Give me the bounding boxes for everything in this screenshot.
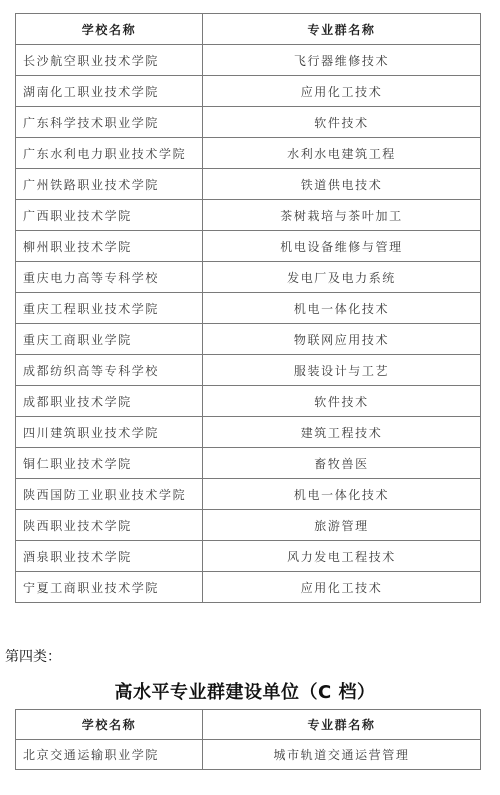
school-name-cell: 长沙航空职业技术学院 bbox=[16, 45, 203, 76]
group-name-cell: 茶树栽培与茶叶加工 bbox=[203, 200, 481, 231]
group-name-cell: 服装设计与工艺 bbox=[203, 355, 481, 386]
school-group-table: 学校名称 专业群名称 长沙航空职业技术学院飞行器维修技术 湖南化工职业技术学院应… bbox=[15, 13, 481, 603]
group-name-cell: 飞行器维修技术 bbox=[203, 45, 481, 76]
school-name-cell: 陕西国防工业职业技术学院 bbox=[16, 479, 203, 510]
table-row: 长沙航空职业技术学院飞行器维修技术 bbox=[16, 45, 481, 76]
table-row: 广东科学技术职业学院软件技术 bbox=[16, 107, 481, 138]
group-name-cell: 建筑工程技术 bbox=[203, 417, 481, 448]
table-row: 成都职业技术学院软件技术 bbox=[16, 386, 481, 417]
column-header-group: 专业群名称 bbox=[203, 14, 481, 45]
section-title: 高水平专业群建设单位（C 档） bbox=[0, 678, 490, 704]
table-row: 宁夏工商职业技术学院应用化工技术 bbox=[16, 572, 481, 603]
group-name-cell: 机电一体化技术 bbox=[203, 479, 481, 510]
school-name-cell: 四川建筑职业技术学院 bbox=[16, 417, 203, 448]
school-name-cell: 成都纺织高等专科学校 bbox=[16, 355, 203, 386]
table-row: 四川建筑职业技术学院建筑工程技术 bbox=[16, 417, 481, 448]
table-row: 北京交通运输职业学院城市轨道交通运营管理 bbox=[16, 740, 481, 770]
school-name-cell: 宁夏工商职业技术学院 bbox=[16, 572, 203, 603]
group-name-cell: 机电一体化技术 bbox=[203, 293, 481, 324]
group-name-cell: 铁道供电技术 bbox=[203, 169, 481, 200]
table-row: 广东水利电力职业技术学院水利水电建筑工程 bbox=[16, 138, 481, 169]
table-row: 陕西国防工业职业技术学院机电一体化技术 bbox=[16, 479, 481, 510]
group-name-cell: 软件技术 bbox=[203, 386, 481, 417]
column-header-school: 学校名称 bbox=[16, 14, 203, 45]
school-name-cell: 铜仁职业技术学院 bbox=[16, 448, 203, 479]
group-name-cell: 风力发电工程技术 bbox=[203, 541, 481, 572]
school-name-cell: 重庆工商职业学院 bbox=[16, 324, 203, 355]
group-name-cell: 应用化工技术 bbox=[203, 572, 481, 603]
school-name-cell: 广东水利电力职业技术学院 bbox=[16, 138, 203, 169]
school-name-cell: 柳州职业技术学院 bbox=[16, 231, 203, 262]
group-name-cell: 畜牧兽医 bbox=[203, 448, 481, 479]
category-label: 第四类： bbox=[5, 646, 61, 666]
school-name-cell: 广西职业技术学院 bbox=[16, 200, 203, 231]
table-header-row: 学校名称 专业群名称 bbox=[16, 710, 481, 740]
school-name-cell: 重庆工程职业技术学院 bbox=[16, 293, 203, 324]
table-row: 广州铁路职业技术学院铁道供电技术 bbox=[16, 169, 481, 200]
table-row: 广西职业技术学院茶树栽培与茶叶加工 bbox=[16, 200, 481, 231]
group-name-cell: 软件技术 bbox=[203, 107, 481, 138]
school-name-cell: 北京交通运输职业学院 bbox=[16, 740, 203, 770]
school-name-cell: 陕西职业技术学院 bbox=[16, 510, 203, 541]
table-row: 柳州职业技术学院机电设备维修与管理 bbox=[16, 231, 481, 262]
table-row: 湖南化工职业技术学院应用化工技术 bbox=[16, 76, 481, 107]
table-row: 陕西职业技术学院旅游管理 bbox=[16, 510, 481, 541]
table-row: 重庆工程职业技术学院机电一体化技术 bbox=[16, 293, 481, 324]
group-name-cell: 城市轨道交通运营管理 bbox=[203, 740, 481, 770]
table-row: 铜仁职业技术学院畜牧兽医 bbox=[16, 448, 481, 479]
table-row: 成都纺织高等专科学校服装设计与工艺 bbox=[16, 355, 481, 386]
school-name-cell: 成都职业技术学院 bbox=[16, 386, 203, 417]
group-name-cell: 水利水电建筑工程 bbox=[203, 138, 481, 169]
table-row: 重庆工商职业学院物联网应用技术 bbox=[16, 324, 481, 355]
school-name-cell: 湖南化工职业技术学院 bbox=[16, 76, 203, 107]
group-name-cell: 机电设备维修与管理 bbox=[203, 231, 481, 262]
school-name-cell: 重庆电力高等专科学校 bbox=[16, 262, 203, 293]
school-name-cell: 广州铁路职业技术学院 bbox=[16, 169, 203, 200]
group-name-cell: 发电厂及电力系统 bbox=[203, 262, 481, 293]
school-name-cell: 酒泉职业技术学院 bbox=[16, 541, 203, 572]
group-name-cell: 旅游管理 bbox=[203, 510, 481, 541]
c-tier-table: 学校名称 专业群名称 北京交通运输职业学院城市轨道交通运营管理 bbox=[15, 709, 481, 770]
group-name-cell: 物联网应用技术 bbox=[203, 324, 481, 355]
column-header-school: 学校名称 bbox=[16, 710, 203, 740]
table-row: 酒泉职业技术学院风力发电工程技术 bbox=[16, 541, 481, 572]
table-header-row: 学校名称 专业群名称 bbox=[16, 14, 481, 45]
table-row: 重庆电力高等专科学校发电厂及电力系统 bbox=[16, 262, 481, 293]
group-name-cell: 应用化工技术 bbox=[203, 76, 481, 107]
column-header-group: 专业群名称 bbox=[203, 710, 481, 740]
school-name-cell: 广东科学技术职业学院 bbox=[16, 107, 203, 138]
